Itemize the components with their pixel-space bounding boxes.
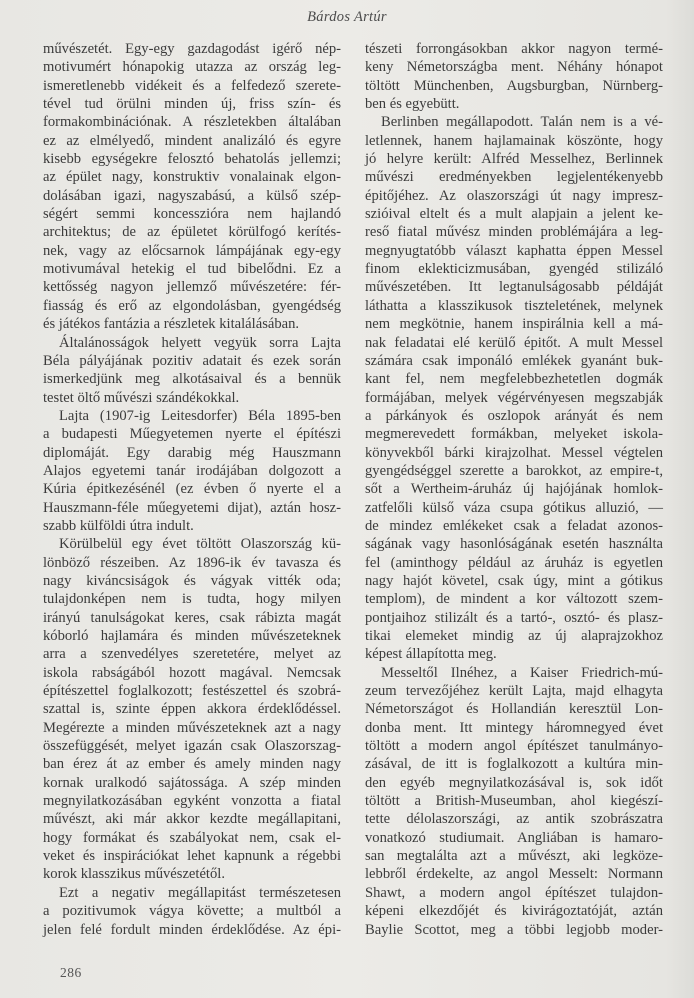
text-line: jó helyre került: Alfréd Messelhez, Berl… bbox=[365, 150, 663, 168]
text-line: lönböző részeiben. Az 1896-ik év tavasza… bbox=[43, 554, 341, 572]
text-line: tészeti forrongásokban akkor nagyon term… bbox=[365, 40, 663, 58]
running-head: Bárdos Artúr bbox=[0, 9, 694, 26]
text-line: ben és egyebütt. bbox=[365, 95, 663, 113]
text-line: kettősség nagyon jellemző művészetére: f… bbox=[43, 278, 341, 296]
text-line: megnyilatkozásában egyként vonzotta a fi… bbox=[43, 792, 341, 810]
page-number: 286 bbox=[60, 965, 82, 981]
scanned-page: Bárdos Artúr művészetét. Egy-egy gazdago… bbox=[0, 0, 694, 998]
text-line: művészt, aki már akkor kezdte megállapit… bbox=[43, 810, 341, 828]
text-line: sőt a Wertheim-áruház új hajójának homlo… bbox=[365, 480, 663, 498]
text-line: formakombinációnak. A részletekben által… bbox=[43, 113, 341, 131]
text-line: töltött a British-Museumban, ahol kiegés… bbox=[365, 792, 663, 810]
text-line: templom), de mindent a kor változott sze… bbox=[365, 590, 663, 608]
text-line: Messeltől Ilnéhez, a Kaiser Friedrich-mú… bbox=[365, 664, 663, 682]
text-line: de mindez emlékeket csak a feladat azono… bbox=[365, 517, 663, 535]
text-line: lebbről érdekelte, az angol Messelt: Nor… bbox=[365, 865, 663, 883]
text-line: ban érez át az ember és amely minden nag… bbox=[43, 755, 341, 773]
text-line: és játékos fantázia a részletek kitalálá… bbox=[43, 315, 341, 333]
text-line: tikai elemeket mindig az új alaprajzokho… bbox=[365, 627, 663, 645]
text-line: Általánosságok helyett vegyük sorra Lajt… bbox=[43, 334, 341, 352]
text-line: láthatta a klasszikusok tiszteletének, m… bbox=[365, 297, 663, 315]
text-line: iskola rabságából hozott magával. Nemcsa… bbox=[43, 664, 341, 682]
text-line: Baylie Scottot, meg a többi legjobb mode… bbox=[365, 921, 663, 939]
text-line: szabb külföldi útra indult. bbox=[43, 517, 341, 535]
text-line: motivumért hónapokig utazza az ország le… bbox=[43, 58, 341, 76]
text-line: ségért semmi koncesszióra nem hajlandó bbox=[43, 205, 341, 223]
text-line: testet öltő művészi szándékokkal. bbox=[43, 389, 341, 407]
text-line: diplomáját. Egy darabig még Hauszmann bbox=[43, 444, 341, 462]
text-line: nem megkötnie, hanem inspirálnia kell a … bbox=[365, 315, 663, 333]
text-line: zeum tervezőjéhez került Lajta, majd elh… bbox=[365, 682, 663, 700]
text-line: finom eklekticizmusában, gyengéd stilizá… bbox=[365, 260, 663, 278]
text-line: reső fiatal művész minden problémájára a… bbox=[365, 223, 663, 241]
text-line: ismeretlenebb vidékeit és a felfedező sz… bbox=[43, 77, 341, 95]
text-line: motivumával hetekig el tud bibelődni. Ez… bbox=[43, 260, 341, 278]
text-line: a párkányok és oszlopok arányát és nem bbox=[365, 407, 663, 425]
text-line: den egyéb megnyilatkozásával is, sok idő… bbox=[365, 774, 663, 792]
text-line: zásával, de itt is foglalkozott a kultúr… bbox=[365, 755, 663, 773]
text-line: épitőjéhez. Az olaszországi út nagy impr… bbox=[365, 187, 663, 205]
text-line: Hauszmann-féle műegyetemi dijat), aztán … bbox=[43, 499, 341, 517]
text-line: kornak uralkodó sajátossága. A szép mind… bbox=[43, 774, 341, 792]
text-line: ez az elmélyedő, mindent analizáló és eg… bbox=[43, 132, 341, 150]
text-line: zatfelőli külső váza csupa gótikus alluz… bbox=[365, 499, 663, 517]
text-line: fel (aminthogy például az áruház is egye… bbox=[365, 554, 663, 572]
text-line: irányú tanulságokat keres, csak rábizta … bbox=[43, 609, 341, 627]
text-line: jelen felé fordult minden érdeklődése. A… bbox=[43, 921, 341, 939]
text-line: donba ment. Itt mintegy háromnegyed évet bbox=[365, 719, 663, 737]
text-line: Ezt a negativ megállapitást természetese… bbox=[43, 884, 341, 902]
text-line: Alajos egyetemi tanár irodájában dolgozo… bbox=[43, 462, 341, 480]
text-line: tével tud örülni minden új, friss szín- … bbox=[43, 95, 341, 113]
text-line: formájában, melyek végérvényesen megszab… bbox=[365, 389, 663, 407]
right-column: tészeti forrongásokban akkor nagyon term… bbox=[365, 40, 663, 939]
text-line: szióival eltelt és a mult alapjain a jel… bbox=[365, 205, 663, 223]
text-line: arra a szenvedélyes szeretetére, melyet … bbox=[43, 645, 341, 663]
text-line: képeni elkezdőjét és kivirágoztatóját, a… bbox=[365, 902, 663, 920]
text-line: keny Németországba ment. Néhány hónapot bbox=[365, 58, 663, 76]
text-line: Berlinben megállapodott. Talán nem is a … bbox=[365, 113, 663, 131]
text-line: kant fel, nem megfelebbezhetetlen dogmák bbox=[365, 370, 663, 388]
text-line: Németországot és Hollandián keresztül Lo… bbox=[365, 700, 663, 718]
text-line: nagy hajót követel, csak úgy, mint a gót… bbox=[365, 572, 663, 590]
text-line: a budapesti Műegyetemen nyerte el építés… bbox=[43, 425, 341, 443]
text-line: Kúria épitkezésénél (ez évben ő nyerte e… bbox=[43, 480, 341, 498]
text-line: művészetében. Itt legtanulságosabb példá… bbox=[365, 278, 663, 296]
text-line: hogy formákat és szabályokat nem, csak e… bbox=[43, 829, 341, 847]
text-line: művészetét. Egy-egy gazdagodást igérő né… bbox=[43, 40, 341, 58]
text-line: művészi eredményekben legjelentékenyebb bbox=[365, 168, 663, 186]
text-line: san megtalálta azt a művészt, aki legköz… bbox=[365, 847, 663, 865]
text-line: letlennek, hanem hajlamainak köszönte, h… bbox=[365, 132, 663, 150]
text-line: dolásában igazi, nagyszabású, a külső sz… bbox=[43, 187, 341, 205]
text-line: veket és inspirációkat lehet kapnunk a r… bbox=[43, 847, 341, 865]
text-line: ságának vagy hasonlóságának esetén haszn… bbox=[365, 535, 663, 553]
text-line: töltött a modern angol építészet tanulmá… bbox=[365, 737, 663, 755]
text-line: Megérezte a minden művészeteknek azt a n… bbox=[43, 719, 341, 737]
text-line: vonatkozó studiumait. Angliában is hamar… bbox=[365, 829, 663, 847]
text-line: a pozitivumok vágya követte; a multból a bbox=[43, 902, 341, 920]
text-line: pontjaihoz stilizált és a tartó-, osztó-… bbox=[365, 609, 663, 627]
text-line: Béla pályájának pozitiv adatait és ezek … bbox=[43, 352, 341, 370]
text-line: szattal is, szinte éppen akkora érdeklőd… bbox=[43, 700, 341, 718]
text-line: könyvekből bárki kirajzolhat. Messel vég… bbox=[365, 444, 663, 462]
text-line: megmerevedett formákban, melyeket iskola… bbox=[365, 425, 663, 443]
text-line: ismerkedjünk meg alkotásaival és a bennü… bbox=[43, 370, 341, 388]
text-line: számára csak imponáló emlékek gyanánt bu… bbox=[365, 352, 663, 370]
text-line: nek, vagy az előcsarnok lámpájának egy-e… bbox=[43, 242, 341, 260]
text-line: Shawt, a modern angol építészet tulajdon… bbox=[365, 884, 663, 902]
text-line: az épület nagy, konstruktiv vonalainak e… bbox=[43, 168, 341, 186]
text-line: gyengédséggel szerette a barokkot, az em… bbox=[365, 462, 663, 480]
text-line: fiasság és erő az elgondolásban, gyengéd… bbox=[43, 297, 341, 315]
text-line: megnyugtatóbb választ kaphatta éppen Mes… bbox=[365, 242, 663, 260]
text-line: Körülbelül egy évet töltött Olaszország … bbox=[43, 535, 341, 553]
text-line: korok klasszikus művészetétől. bbox=[43, 865, 341, 883]
text-line: kisebb egységekre felosztó behatolás jel… bbox=[43, 150, 341, 168]
text-line: építészettel foglalkozott; festészettel … bbox=[43, 682, 341, 700]
text-line: töltött Münchenben, Augsburgban, Nürnber… bbox=[365, 77, 663, 95]
text-line: tette délolaszországi, az antik szobrász… bbox=[365, 810, 663, 828]
text-line: nak feladatai elé kerülő épitőt. A mult … bbox=[365, 334, 663, 352]
text-line: összefüggését, melyet igazán csak Olaszo… bbox=[43, 737, 341, 755]
left-column: művészetét. Egy-egy gazdagodást igérő né… bbox=[43, 40, 341, 939]
text-line: nagy kiváncsiságok és vágyak vitték oda; bbox=[43, 572, 341, 590]
text-line: tulajdonképen nem is tudta, hogy milyen bbox=[43, 590, 341, 608]
text-line: Lajta (1907-ig Leitesdorfer) Béla 1895-b… bbox=[43, 407, 341, 425]
text-line: architektus; de az épületet körülfogó ke… bbox=[43, 223, 341, 241]
text-line: képest állapította meg. bbox=[365, 645, 663, 663]
text-line: kóborló hajlamára és minden művészetekne… bbox=[43, 627, 341, 645]
